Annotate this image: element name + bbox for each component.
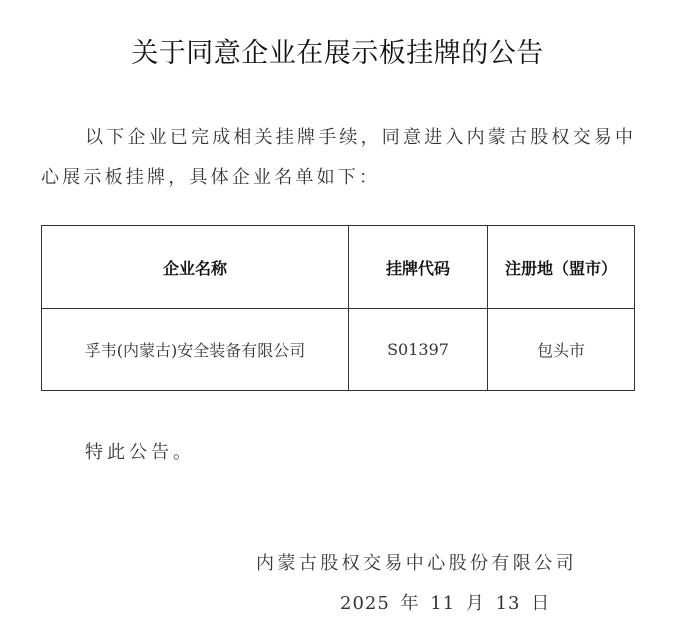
header-company-name: 企业名称 bbox=[42, 226, 349, 309]
closing-statement: 特此公告。 bbox=[85, 438, 195, 464]
cell-listing-code: S01397 bbox=[349, 309, 488, 391]
intro-paragraph: 以下企业已完成相关挂牌手续，同意进入内蒙古股权交易中心展示板挂牌，具体企业名单如… bbox=[41, 118, 641, 198]
table-row: 孚韦(内蒙古)安全装备有限公司 S01397 包头市 bbox=[42, 309, 635, 391]
company-table: 企业名称 挂牌代码 注册地（盟市） 孚韦(内蒙古)安全装备有限公司 S01397… bbox=[41, 225, 635, 391]
header-registered-location: 注册地（盟市） bbox=[488, 226, 635, 309]
cell-company-name: 孚韦(内蒙古)安全装备有限公司 bbox=[42, 309, 349, 391]
table-header-row: 企业名称 挂牌代码 注册地（盟市） bbox=[42, 226, 635, 309]
signature-date: 2025 年 11 月 13 日 bbox=[340, 589, 550, 615]
signature-organization: 内蒙古股权交易中心股份有限公司 bbox=[256, 549, 577, 575]
header-listing-code: 挂牌代码 bbox=[349, 226, 488, 309]
document-title: 关于同意企业在展示板挂牌的公告 bbox=[0, 34, 675, 74]
cell-registered-location: 包头市 bbox=[488, 309, 635, 391]
